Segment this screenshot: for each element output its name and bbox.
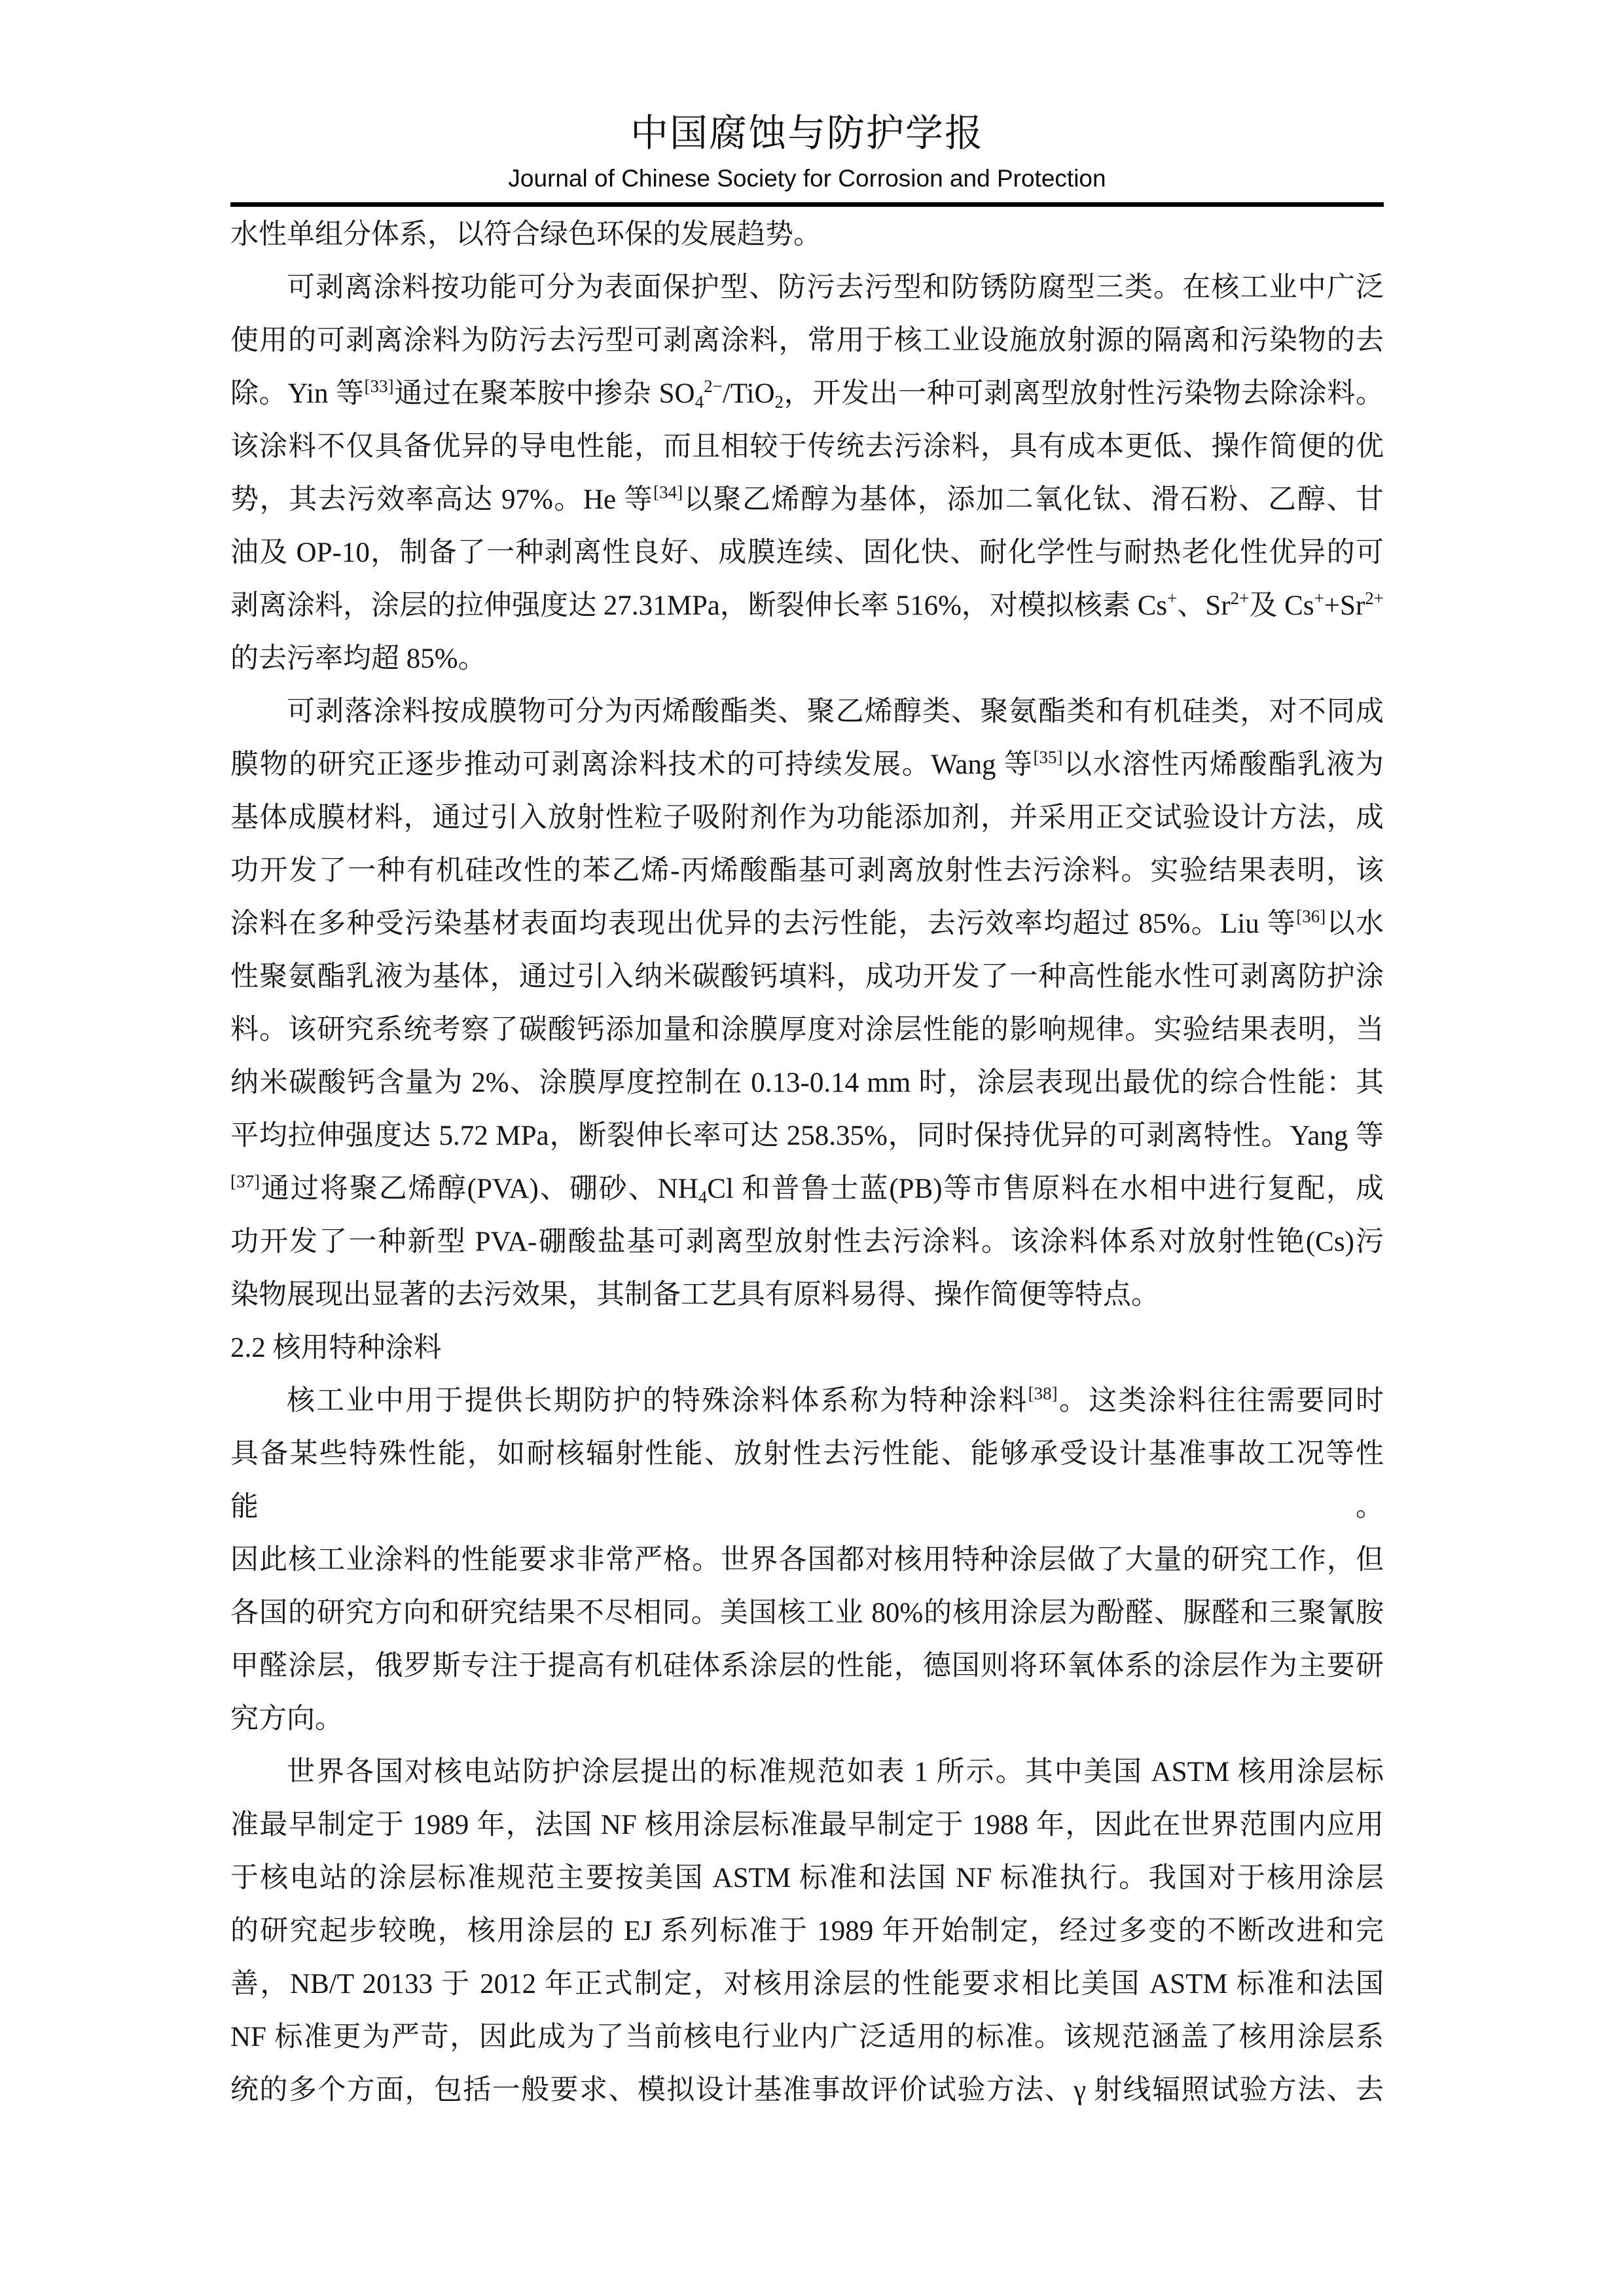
text-line: 准最早制定于 1989 年，法国 NF 核用涂层标准最早制定于 1988 年，因… — [230, 1799, 1384, 1852]
paragraph-continuation: 水性单组分体系，以符合绿色环保的发展趋势。 — [230, 208, 1384, 261]
text-line: 油及 OP-10，制备了一种剥离性良好、成膜连续、固化快、耐化学性与耐热老化性优… — [230, 526, 1384, 579]
paragraph-standards: 世界各国对核电站防护涂层提出的标准规范如表 1 所示。其中美国 ASTM 核用涂… — [230, 1746, 1384, 2117]
text-line: 可剥离涂料按功能可分为表面保护型、防污去污型和防锈防腐型三类。在核工业中广泛 — [230, 261, 1384, 314]
text-line: 功开发了一种新型 PVA-硼酸盐基可剥离型放射性去污涂料。该涂料体系对放射性铯(… — [230, 1215, 1384, 1268]
text-line: 该涂料不仅具备优异的导电性能，而且相较于传统去污涂料，具有成本更低、操作简便的优 — [230, 420, 1384, 473]
text-line: 的去污率均超 85%。 — [230, 632, 1384, 685]
text-line: 具备某些特殊性能，如耐核辐射性能、放射性去污性能、能够承受设计基准事故工况等性能… — [230, 1427, 1384, 1534]
paragraph-peelable-by-film-former: 可剥落涂料按成膜物可分为丙烯酸酯类、聚乙烯醇类、聚氨酯类和有机硅类，对不同成 膜… — [230, 685, 1384, 1321]
text-line: 水性单组分体系，以符合绿色环保的发展趋势。 — [230, 208, 1384, 261]
text-line: 因此核工业涂料的性能要求非常严格。世界各国都对核用特种涂层做了大量的研究工作，但 — [230, 1534, 1384, 1587]
text-line: 核工业中用于提供长期防护的特殊涂料体系称为特种涂料[38]。这类涂料往往需要同时 — [230, 1374, 1384, 1427]
text-line: 剥离涂料，涂层的拉伸强度达 27.31MPa，断裂伸长率 516%，对模拟核素 … — [230, 579, 1384, 632]
document-page: 中国腐蚀与防护学报 Journal of Chinese Society for… — [0, 0, 1624, 2296]
section-heading-2-2: 2.2 核用特种涂料 — [230, 1321, 1384, 1374]
text-line: 涂料在多种受污染基材表面均表现出优异的去污性能，去污效率均超过 85%。Liu … — [230, 897, 1384, 950]
text-line: 势，其去污效率高达 97%。He 等[34]以聚乙烯醇为基体，添加二氧化钛、滑石… — [230, 473, 1384, 526]
paragraph-peelable-by-function: 可剥离涂料按功能可分为表面保护型、防污去污型和防锈防腐型三类。在核工业中广泛 使… — [230, 261, 1384, 685]
text-line: 的研究起步较晚，核用涂层的 EJ 系列标准于 1989 年开始制定，经过多变的不… — [230, 1905, 1384, 1958]
text-line: 膜物的研究正逐步推动可剥离涂料技术的可持续发展。Wang 等[35]以水溶性丙烯… — [230, 738, 1384, 791]
header-divider-rule — [230, 202, 1384, 207]
journal-header: 中国腐蚀与防护学报 Journal of Chinese Society for… — [230, 0, 1384, 207]
journal-title-english: Journal of Chinese Society for Corrosion… — [230, 165, 1384, 192]
journal-title-chinese: 中国腐蚀与防护学报 — [230, 113, 1384, 154]
text-line: 善，NB/T 20133 于 2012 年正式制定，对核用涂层的性能要求相比美国… — [230, 1958, 1384, 2011]
text-line: 纳米碳酸钙含量为 2%、涂膜厚度控制在 0.13-0.14 mm 时，涂层表现出… — [230, 1056, 1384, 1109]
text-line: NF 标准更为严苛，因此成为了当前核电行业内广泛适用的标准。该规范涵盖了核用涂层… — [230, 2011, 1384, 2064]
text-line: 基体成膜材料，通过引入放射性粒子吸附剂作为功能添加剂，并采用正交试验设计方法，成 — [230, 791, 1384, 844]
text-line: 世界各国对核电站防护涂层提出的标准规范如表 1 所示。其中美国 ASTM 核用涂… — [230, 1746, 1384, 1799]
text-line: 平均拉伸强度达 5.72 MPa，断裂伸长率可达 258.35%，同时保持优异的… — [230, 1109, 1384, 1162]
paragraph-special-coatings-intro: 核工业中用于提供长期防护的特殊涂料体系称为特种涂料[38]。这类涂料往往需要同时… — [230, 1374, 1384, 1746]
text-line: 功开发了一种有机硅改性的苯乙烯-丙烯酸酯基可剥离放射性去污涂料。实验结果表明，该 — [230, 844, 1384, 897]
article-body: 水性单组分体系，以符合绿色环保的发展趋势。 可剥离涂料按功能可分为表面保护型、防… — [230, 208, 1384, 2117]
text-line: 各国的研究方向和研究结果不尽相同。美国核工业 80%的核用涂层为酚醛、脲醛和三聚… — [230, 1587, 1384, 1640]
text-line: 究方向。 — [230, 1693, 1384, 1746]
text-line: 染物展现出显著的去污效果，其制备工艺具有原料易得、操作简便等特点。 — [230, 1268, 1384, 1321]
text-line: 统的多个方面，包括一般要求、模拟设计基准事故评价试验方法、γ 射线辐照试验方法、… — [230, 2064, 1384, 2117]
text-line: 甲醛涂层，俄罗斯专注于提高有机硅体系涂层的性能，德国则将环氧体系的涂层作为主要研 — [230, 1640, 1384, 1693]
text-line: 可剥落涂料按成膜物可分为丙烯酸酯类、聚乙烯醇类、聚氨酯类和有机硅类，对不同成 — [230, 685, 1384, 738]
text-line: 性聚氨酯乳液为基体，通过引入纳米碳酸钙填料，成功开发了一种高性能水性可剥离防护涂 — [230, 950, 1384, 1003]
text-line: 于核电站的涂层标准规范主要按美国 ASTM 标准和法国 NF 标准执行。我国对于… — [230, 1852, 1384, 1905]
page-content: 中国腐蚀与防护学报 Journal of Chinese Society for… — [230, 0, 1384, 2117]
text-line: 料。该研究系统考察了碳酸钙添加量和涂膜厚度对涂层性能的影响规律。实验结果表明，当 — [230, 1003, 1384, 1056]
text-line: [37]通过将聚乙烯醇(PVA)、硼砂、NH4Cl 和普鲁士蓝(PB)等市售原料… — [230, 1162, 1384, 1215]
text-line: 使用的可剥离涂料为防污去污型可剥离涂料，常用于核工业设施放射源的隔离和污染物的去 — [230, 314, 1384, 367]
text-line: 除。Yin 等[33]通过在聚苯胺中掺杂 SO42−/TiO2，开发出一种可剥离… — [230, 367, 1384, 420]
